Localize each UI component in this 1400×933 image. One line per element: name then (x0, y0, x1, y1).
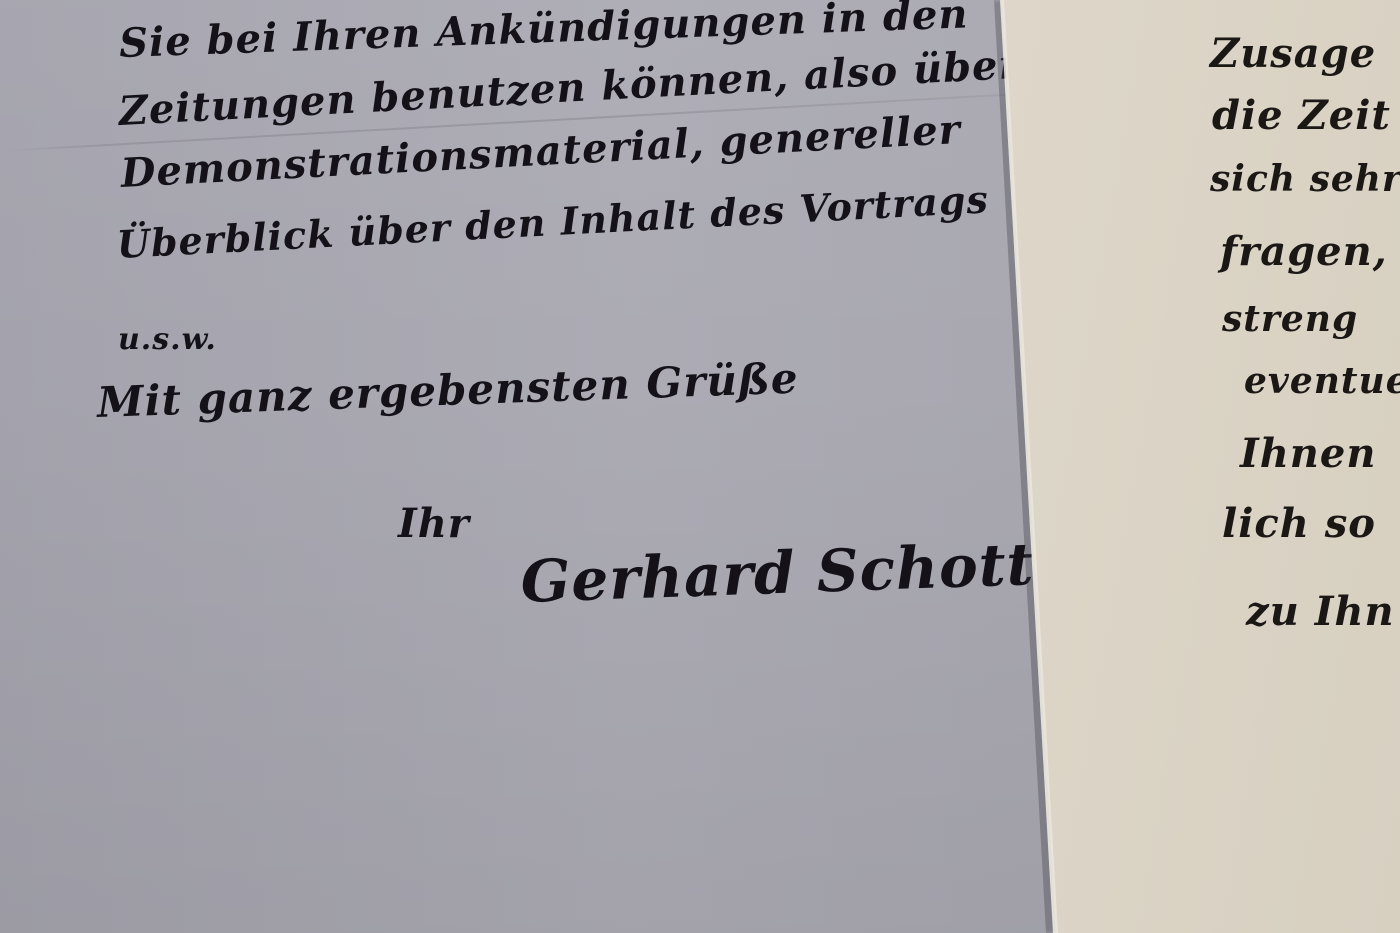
right-line-1: Zusage (1210, 30, 1376, 77)
right-line-2: die Zeit (1212, 92, 1391, 139)
right-line-8: lich so (1222, 500, 1376, 547)
right-line-4: fragen, (1220, 228, 1388, 275)
right-line-5: streng (1222, 298, 1358, 340)
right-line-6: eventue (1244, 360, 1400, 402)
letter-line-5: u.s.w. (118, 322, 217, 357)
letter-signoff: Ihr (398, 500, 470, 547)
right-line-3: sich sehr (1210, 158, 1400, 200)
right-line-7: Ihnen (1240, 430, 1376, 477)
right-line-9: zu Ihn (1246, 588, 1395, 635)
